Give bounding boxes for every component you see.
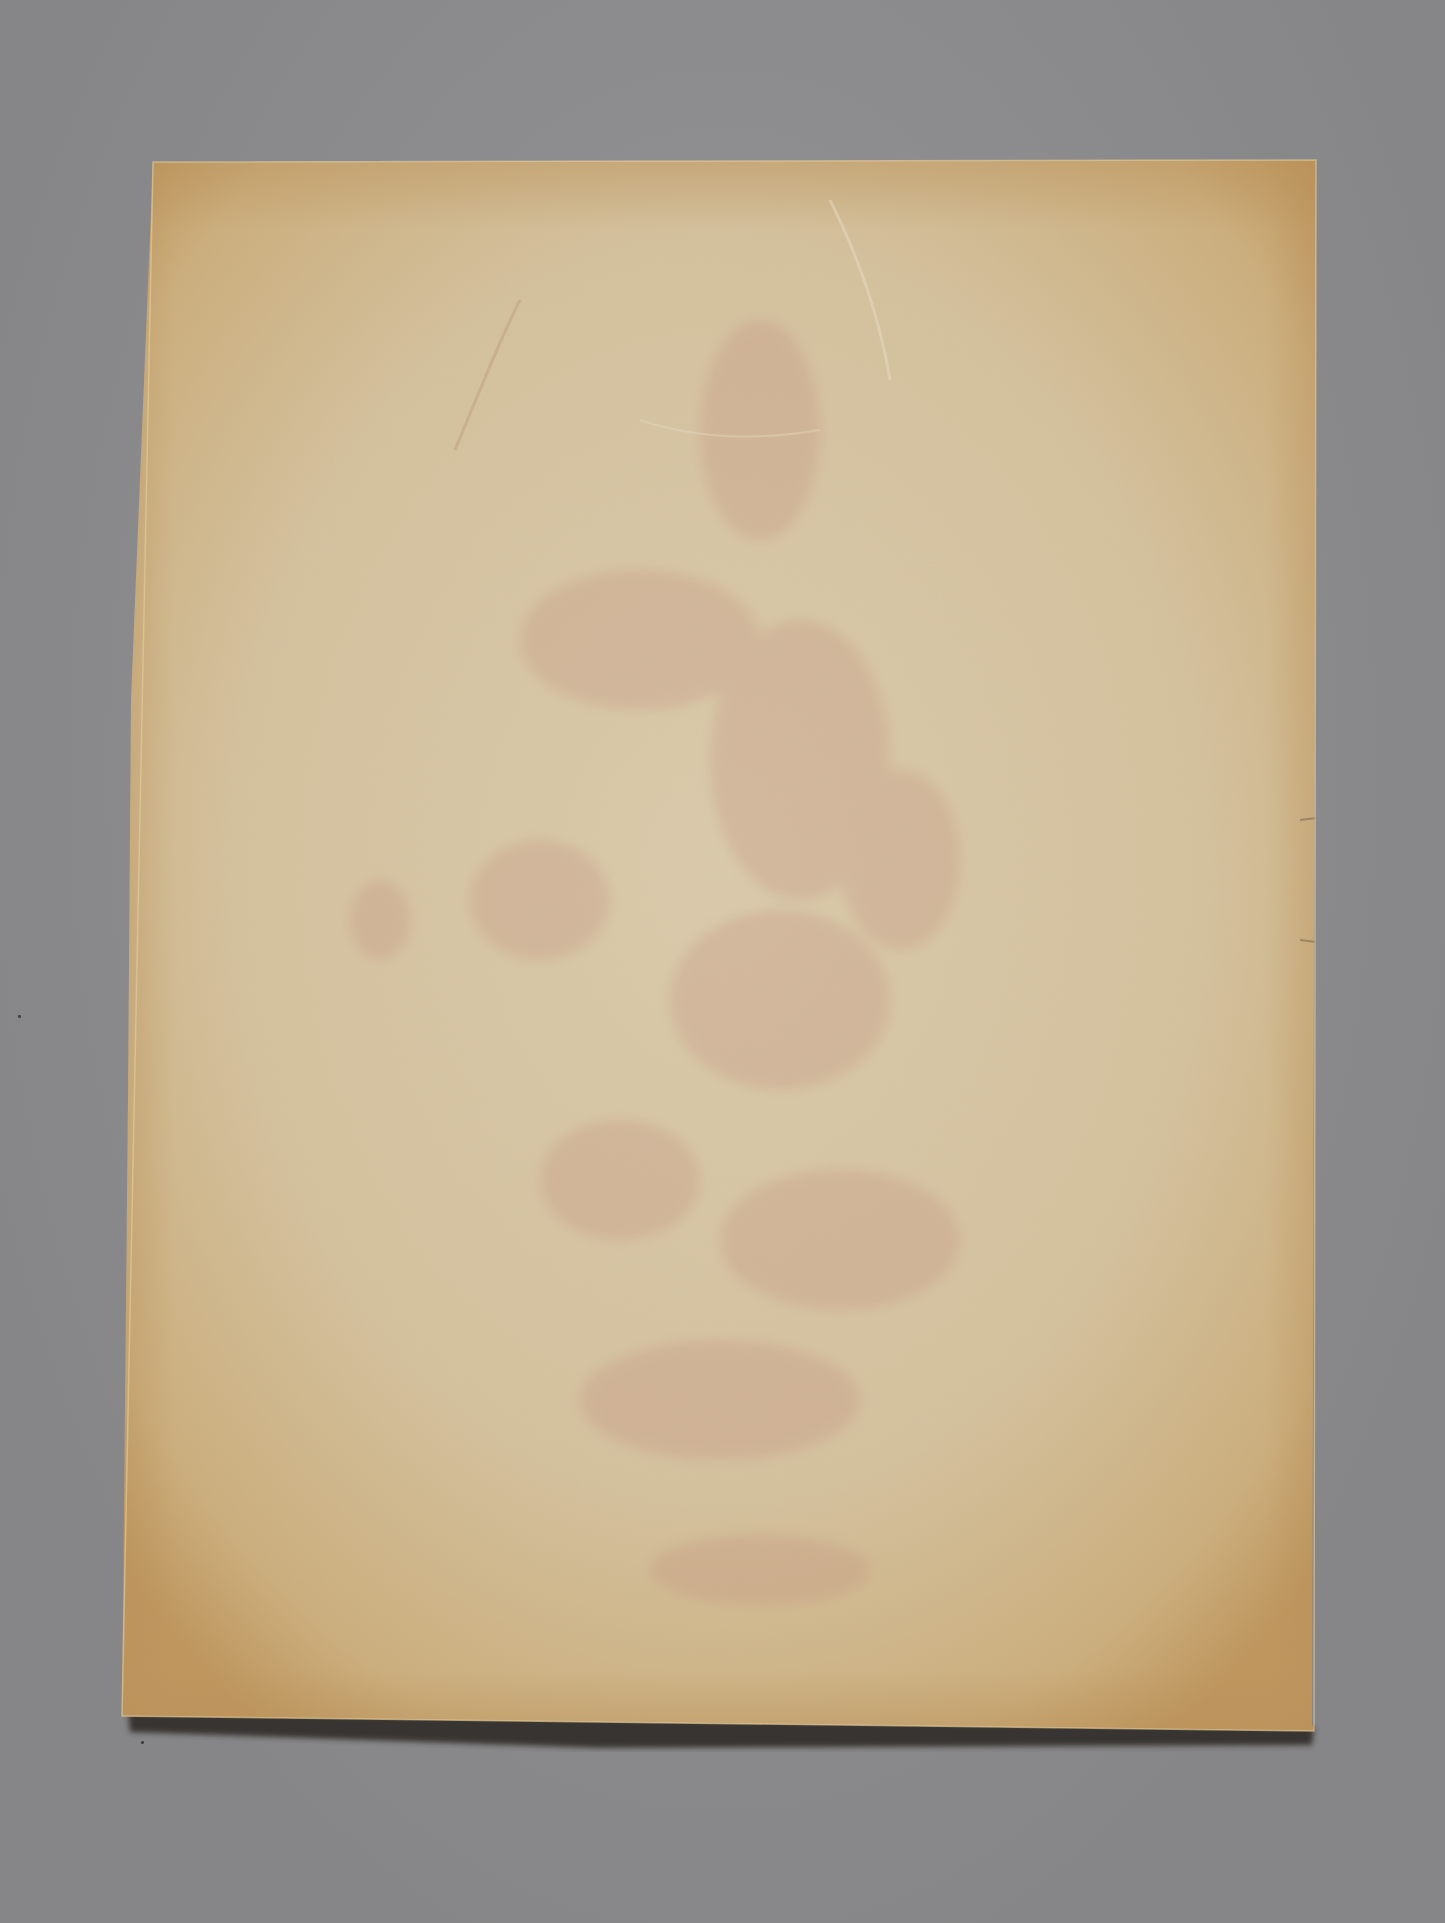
paper-sheet-graphic xyxy=(0,0,1445,1923)
paper-sheet xyxy=(100,150,1340,1750)
